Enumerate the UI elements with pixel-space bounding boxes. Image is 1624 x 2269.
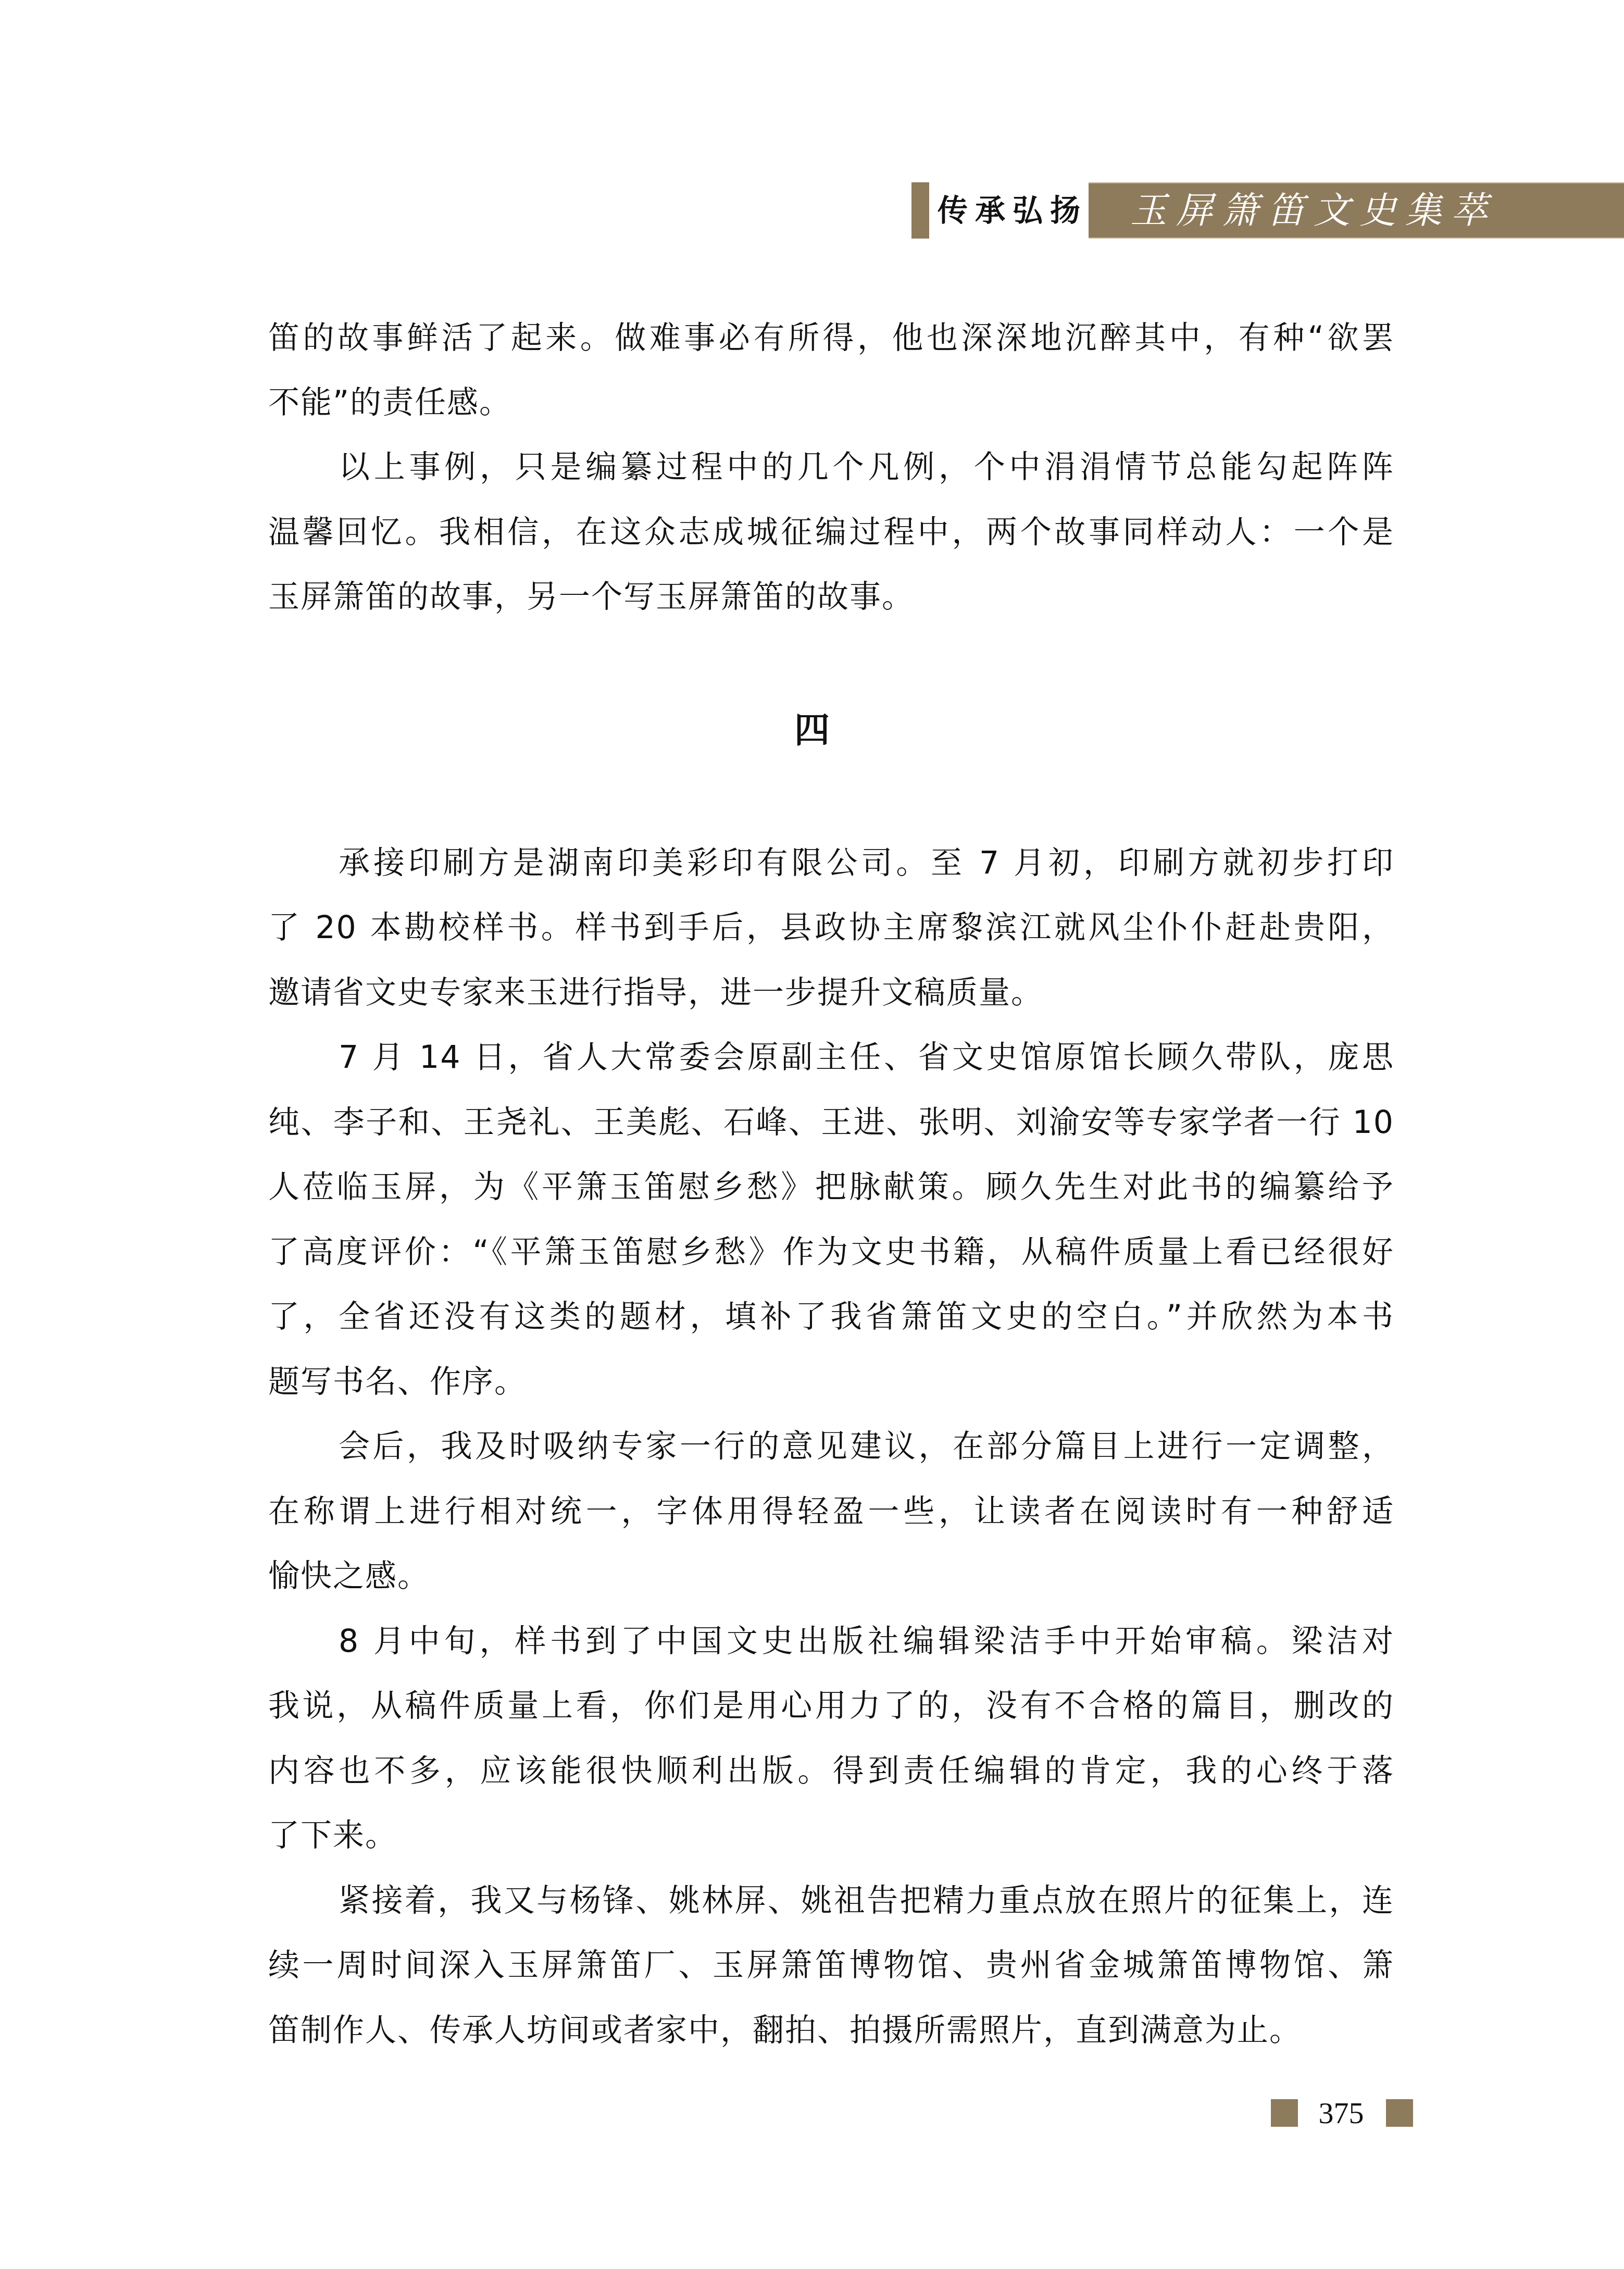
section-heading: 四 [0,709,1624,751]
header-section-label: 传承弘扬 [938,182,1088,239]
text-line: 邀请省文史专家来玉进行指导，进一步提升文稿质量。 [268,975,1394,1011]
text-line: 7 月 14 日，省人大常委会原副主任、省文史馆原馆长顾久带队，庞思 [339,1039,1394,1076]
header-book-title: 玉屏箫笛文史集萃 [1130,183,1497,238]
text-line: 8 月中旬，样书到了中国文史出版社编辑梁洁手中开始审稿。梁洁对 [339,1623,1394,1660]
text-line: 紧接着，我又与杨锋、姚林屏、姚祖告把精力重点放在照片的征集上，连 [339,1882,1394,1919]
text-line: 笛的故事鲜活了起来。做难事必有所得，他也深深地沉醉其中，有种“欲罢 [268,320,1394,356]
text-line: 承接印刷方是湖南印美彩印有限公司。至 7 月初，印刷方就初步打印 [339,845,1394,881]
text-line: 纯、李子和、王尧礼、王美彪、石峰、王进、张明、刘渝安等专家学者一行 10 [268,1104,1394,1141]
page-number: 375 [1307,2095,1375,2131]
text-line: 在称谓上进行相对统一，字体用得轻盈一些，让读者在阅读时有一种舒适 [268,1493,1394,1530]
header-banner: 玉屏箫笛文史集萃 [1089,182,1624,239]
text-line: 玉屏箫笛的故事，另一个写玉屏箫笛的故事。 [268,579,1394,615]
text-line: 续一周时间深入玉屏箫笛厂、玉屏箫笛博物馆、贵州省金城箫笛博物馆、箫 [268,1947,1394,1984]
text-line: 愉快之感。 [268,1558,1394,1594]
footer-square-left [1271,2099,1298,2127]
text-line: 了下来。 [268,1817,1394,1854]
text-line: 温馨回忆。我相信，在这众志成城征编过程中，两个故事同样动人：一个是 [268,514,1394,551]
header-accent-bar [911,182,929,239]
text-line: 笛制作人、传承人坊间或者家中，翻拍、拍摄所需照片，直到满意为止。 [268,2012,1394,2049]
text-line: 不能”的责任感。 [268,384,1394,421]
text-line: 会后，我及时吸纳专家一行的意见建议，在部分篇目上进行一定调整， [339,1428,1394,1465]
text-line: 我说，从稿件质量上看，你们是用心用力了的，没有不合格的篇目，删改的 [268,1688,1394,1724]
text-line: 了高度评价：“《平箫玉笛慰乡愁》作为文史书籍，从稿件质量上看已经很好 [268,1234,1394,1270]
text-line: 人莅临玉屏，为《平箫玉笛慰乡愁》把脉献策。顾久先生对此书的编纂给予 [268,1169,1394,1205]
text-line: 以上事例，只是编纂过程中的几个凡例，个中涓涓情节总能勾起阵阵 [339,449,1394,485]
text-line: 了，全省还没有这类的题材，填补了我省箫笛文史的空白。”并欣然为本书 [268,1299,1394,1335]
text-line: 了 20 本勘校样书。样书到手后，县政协主席黎滨江就风尘仆仆赶赴贵阳， [268,909,1394,946]
footer-square-right [1386,2099,1413,2127]
text-line: 题写书名、作序。 [268,1364,1394,1400]
text-line: 内容也不多，应该能很快顺利出版。得到责任编辑的肯定，我的心终于落 [268,1753,1394,1789]
